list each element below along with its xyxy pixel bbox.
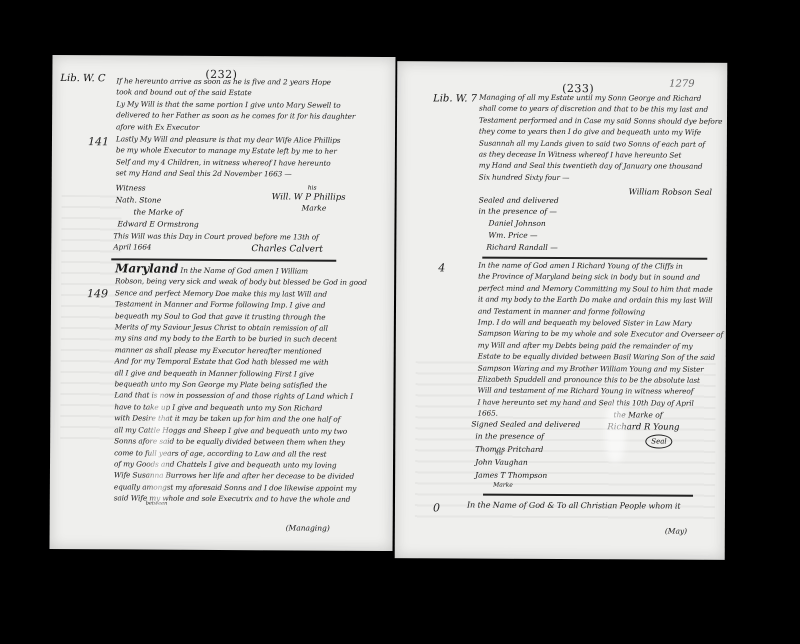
witness-name: Thomas Pritchard — [475, 445, 543, 454]
will-paragraph-next: In the Name of God & To all Christian Pe… — [467, 500, 681, 513]
margin-entry-number: 149 — [87, 287, 108, 300]
testator-mark-label: his — [308, 185, 317, 192]
liber-reference: Lib. W. C — [60, 73, 105, 84]
witness-label: in the presence of — — [478, 207, 556, 216]
will-paragraph-4: In the name of God amen I Richard Young … — [477, 260, 723, 421]
will-paragraph-141: Lastly My Will and pleasure is that my d… — [116, 133, 341, 180]
witness-mark-suffix: Marke — [493, 482, 513, 489]
right-manuscript-page: (233) 1279 Lib. W. 7 Managing of all my … — [395, 61, 728, 560]
probate-signature: Charles Calvert — [251, 244, 323, 254]
margin-entry-number: 4 — [438, 261, 445, 274]
continuation-paragraph: Managing of all my Estate until my Sonn … — [479, 92, 723, 185]
liber-reference: Lib. W. 7 — [433, 93, 477, 104]
left-manuscript-page: Lib. W. C (232) If he hereunto arrive as… — [49, 55, 395, 551]
testator-signature: William Robson Seal — [629, 187, 712, 196]
catchword: (Managing) — [286, 523, 330, 532]
witness-name: Nath. Stone — [116, 195, 162, 204]
witness-name: Edward E Ormstrong — [117, 219, 198, 228]
witness-name: James T Thompson — [475, 471, 547, 480]
paper-damage — [150, 386, 169, 506]
testator-mark-suffix: Marke — [302, 203, 327, 212]
witness-label: Witness — [116, 183, 146, 192]
margin-entry-number: 141 — [88, 135, 109, 148]
bleed-through-text — [60, 195, 122, 445]
paper-damage — [605, 402, 625, 462]
witness-label: in the presence of — [475, 432, 544, 441]
folio-stamp: 1279 — [669, 79, 695, 90]
witness-mark-label: the Marke of — [134, 207, 183, 216]
witness-name: Wm. Price — — [488, 231, 537, 240]
margin-entry-number: 0 — [433, 501, 440, 514]
heading-maryland: Maryland — [115, 261, 178, 275]
witness-name: John Vaughan — [475, 458, 528, 467]
witness-label: Sealed and delivered — [479, 196, 559, 205]
continuation-paragraph: If he hereunto arrive as soon as he is f… — [116, 75, 356, 133]
witness-name: Daniel Johnson — [488, 219, 545, 228]
testator-signature: Will. W P Phillips — [272, 192, 346, 202]
witness-mark-label: his — [495, 451, 502, 457]
catchword: (May) — [665, 527, 687, 536]
witness-name: Richard Randall — — [486, 243, 557, 252]
witness-label: Signed Sealed and delivered — [471, 420, 580, 430]
